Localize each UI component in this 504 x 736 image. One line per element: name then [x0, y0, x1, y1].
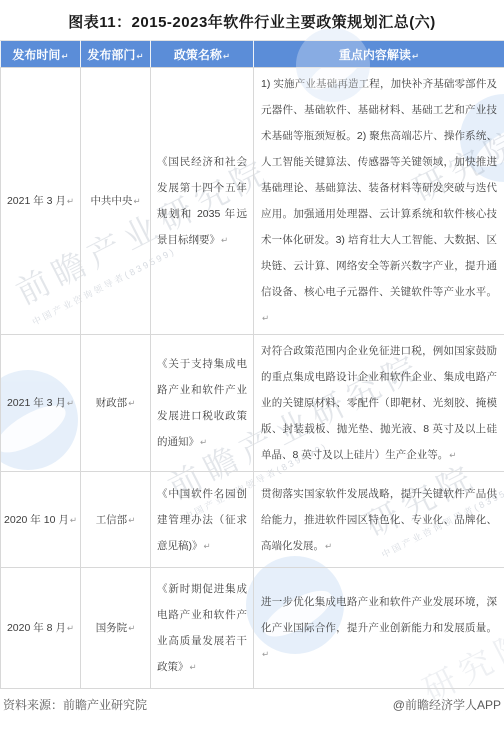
return-mark: ↵ [223, 51, 230, 61]
policy-table: 发布时间↵发布部门↵政策名称↵重点内容解读↵ 2021 年 3 月↵中共中央↵《… [0, 40, 504, 689]
cell-dept: 国务院↵ [81, 568, 151, 689]
page-title: 图表11：2015-2023年软件行业主要政策规划汇总(六) [0, 0, 504, 40]
cell-text: 《关于支持集成电路产业和软件产业发展进口税收政策的通知》 [157, 358, 247, 448]
return-mark: ↵ [128, 398, 135, 408]
cell-time: 2021 年 3 月↵ [1, 68, 81, 335]
cell-name: 《新时期促进集成电路产业和软件产业高质量发展若干政策》↵ [151, 568, 254, 689]
table-row: 2021 年 3 月↵中共中央↵《国民经济和社会发展第十四个五年规划和 2035… [1, 68, 504, 335]
cell-time: 2020 年 8 月↵ [1, 568, 81, 689]
column-header-dept: 发布部门↵ [81, 41, 151, 68]
return-mark: ↵ [190, 662, 197, 672]
return-mark: ↵ [221, 235, 228, 245]
return-mark: ↵ [128, 623, 135, 633]
page: 前瞻产业研究院 中国产业咨询领导者(839599) 前瞻产业研究院 中国产业咨询… [0, 0, 504, 736]
return-mark: ↵ [67, 398, 74, 408]
return-mark: ↵ [262, 313, 269, 323]
cell-content: 对符合政策范围内企业免征进口税，例如国家鼓励的重点集成电路设计企业和软件企业、集… [254, 335, 504, 472]
cell-text: 贯彻落实国家软件发展战略，提升关键软件产品供给能力，推进软件园区特色化、专业化、… [261, 488, 497, 552]
cell-text: 《国民经济和社会发展第十四个五年规划和 2035 年远景目标纲要》 [157, 156, 247, 246]
column-label: 政策名称 [174, 48, 222, 62]
cell-text: 2020 年 10 月 [4, 514, 69, 526]
cell-name: 《关于支持集成电路产业和软件产业发展进口税收政策的通知》↵ [151, 335, 254, 472]
return-mark: ↵ [67, 196, 74, 206]
cell-text: 2021 年 3 月 [7, 195, 66, 207]
table-header-row: 发布时间↵发布部门↵政策名称↵重点内容解读↵ [1, 41, 504, 68]
table-row: 2020 年 10 月↵工信部↵《中国软件名园创建管理办法（征求意见稿)》↵贯彻… [1, 472, 504, 568]
cell-text: 《新时期促进集成电路产业和软件产业高质量发展若干政策》 [157, 583, 247, 673]
cell-text: 财政部 [96, 397, 128, 409]
cell-content: 进一步优化集成电路产业和软件产业发展环境，深化产业国际合作，提升产业创新能力和发… [254, 568, 504, 689]
return-mark: ↵ [136, 51, 143, 61]
cell-name: 《中国软件名园创建管理办法（征求意见稿)》↵ [151, 472, 254, 568]
column-header-time: 发布时间↵ [1, 41, 81, 68]
cell-dept: 财政部↵ [81, 335, 151, 472]
column-label: 发布部门 [87, 48, 135, 62]
return-mark: ↵ [133, 196, 140, 206]
column-header-name: 政策名称↵ [151, 41, 254, 68]
brand-note: @前瞻经济学人APP [393, 696, 501, 713]
column-header-content: 重点内容解读↵ [254, 41, 504, 68]
return-mark: ↵ [128, 515, 135, 525]
return-mark: ↵ [70, 515, 77, 525]
cell-text: 工信部 [96, 514, 128, 526]
cell-time: 2020 年 10 月↵ [1, 472, 81, 568]
return-mark: ↵ [61, 51, 68, 61]
cell-text: 2021 年 3 月 [7, 397, 66, 409]
cell-text: 2020 年 8 月 [7, 622, 66, 634]
footer: 资料来源：前瞻产业研究院 @前瞻经济学人APP [0, 689, 504, 713]
column-label: 发布时间 [12, 48, 60, 62]
return-mark: ↵ [200, 437, 207, 447]
cell-text: 1) 实施产业基础再造工程，加快补齐基础零部件及元器件、基础软件、基础材料、基础… [261, 78, 497, 298]
cell-text: 对符合政策范围内企业免征进口税，例如国家鼓励的重点集成电路设计企业和软件企业、集… [261, 345, 497, 461]
cell-name: 《国民经济和社会发展第十四个五年规划和 2035 年远景目标纲要》↵ [151, 68, 254, 335]
cell-text: 《中国软件名园创建管理办法（征求意见稿)》 [157, 488, 247, 552]
cell-time: 2021 年 3 月↵ [1, 335, 81, 472]
cell-content: 贯彻落实国家软件发展战略，提升关键软件产品供给能力，推进软件园区特色化、专业化、… [254, 472, 504, 568]
return-mark: ↵ [262, 649, 269, 659]
source-note: 资料来源：前瞻产业研究院 [3, 696, 147, 713]
return-mark: ↵ [67, 623, 74, 633]
cell-content: 1) 实施产业基础再造工程，加快补齐基础零部件及元器件、基础软件、基础材料、基础… [254, 68, 504, 335]
return-mark: ↵ [449, 450, 456, 460]
cell-text: 中共中央 [90, 195, 132, 207]
cell-dept: 中共中央↵ [81, 68, 151, 335]
table-row: 2021 年 3 月↵财政部↵《关于支持集成电路产业和软件产业发展进口税收政策的… [1, 335, 504, 472]
return-mark: ↵ [412, 51, 419, 61]
table-row: 2020 年 8 月↵国务院↵《新时期促进集成电路产业和软件产业高质量发展若干政… [1, 568, 504, 689]
cell-text: 国务院 [96, 622, 128, 634]
cell-dept: 工信部↵ [81, 472, 151, 568]
column-label: 重点内容解读 [339, 48, 411, 62]
cell-text: 进一步优化集成电路产业和软件产业发展环境，深化产业国际合作，提升产业创新能力和发… [261, 596, 497, 634]
return-mark: ↵ [325, 541, 332, 551]
return-mark: ↵ [204, 541, 211, 551]
table-body: 2021 年 3 月↵中共中央↵《国民经济和社会发展第十四个五年规划和 2035… [1, 68, 504, 689]
